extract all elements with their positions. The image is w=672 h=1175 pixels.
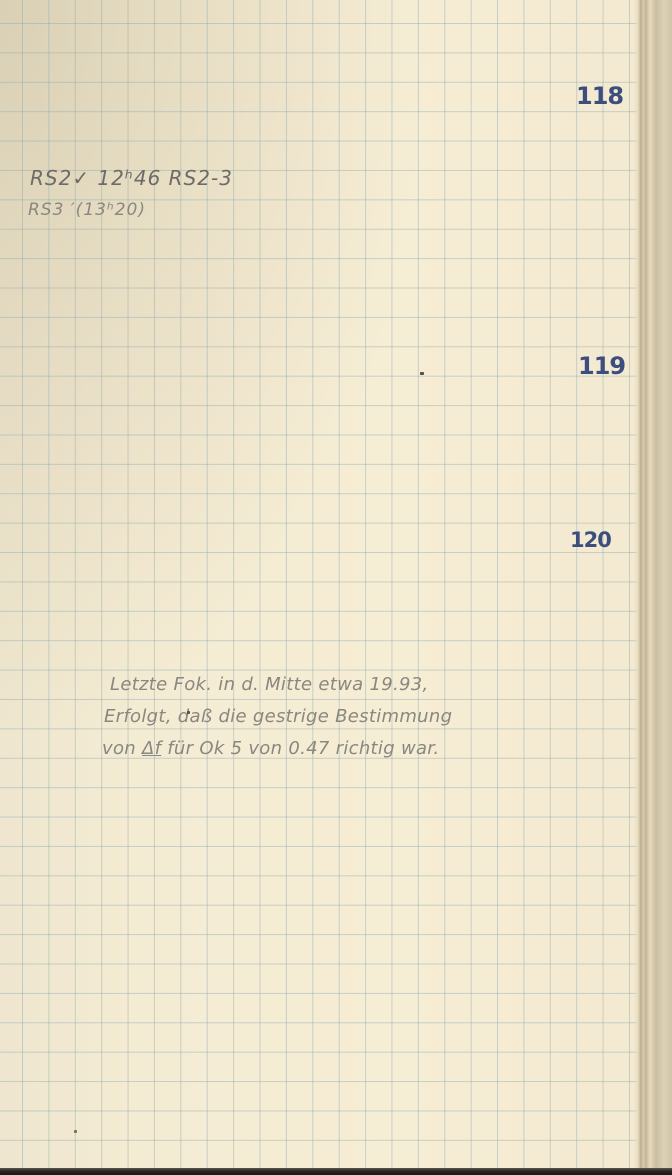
paper-speck (187, 711, 190, 714)
pencil-note-line-3-end: für Ok 5 von 0.47 richtig war. (161, 738, 439, 759)
notebook-page: 118 119 120 RS2✓ 12ʰ46 RS2-3 RS3 ′(13ʰ20… (0, 0, 672, 1170)
pencil-note-delta-f: Δf (142, 738, 161, 759)
page-number-120: 120 (570, 528, 611, 552)
pencil-note-line-3-start: von (102, 738, 142, 759)
page-number-118: 118 (576, 82, 623, 110)
page-number-119: 119 (578, 352, 625, 380)
pencil-note-line-2: Erfolgt, daß die gestrige Bestimmung (104, 706, 452, 727)
header-note-line-1: RS2✓ 12ʰ46 RS2-3 (30, 166, 233, 190)
paper-speck (74, 1130, 77, 1133)
paper-speck (420, 372, 424, 375)
page-bottom-edge (0, 1168, 672, 1175)
page-edge-binding (634, 0, 672, 1170)
pencil-note-line-1: Letzte Fok. in d. Mitte etwa 19.93, (110, 674, 429, 695)
pencil-note-line-3: von Δf für Ok 5 von 0.47 richtig war. (102, 738, 439, 759)
header-note-line-2: RS3 ′(13ʰ20) (28, 200, 146, 220)
